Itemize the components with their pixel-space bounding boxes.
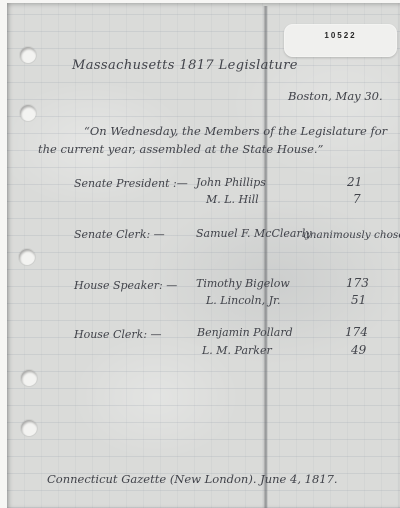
page-title: Massachusetts 1817 Legislature — [72, 59, 298, 72]
candidate-name: M. L. Hill — [206, 194, 259, 205]
candidate-name: Samuel F. McClearly — [196, 228, 311, 239]
entry-note: unanimously chosen — [303, 230, 400, 241]
punch-hole — [21, 420, 37, 436]
page-crease-line — [263, 6, 268, 508]
punch-hole — [19, 249, 35, 265]
candidate-votes: 51 — [351, 294, 366, 306]
candidate-votes: 174 — [345, 326, 368, 338]
entry-label-house-speaker: House Speaker: — — [74, 280, 177, 291]
punch-hole — [21, 370, 37, 386]
candidate-name: John Phillips — [196, 177, 266, 188]
candidate-votes: 21 — [347, 176, 362, 188]
ruled-paper: 10522 Massachusetts 1817 Legislature Bos… — [7, 3, 400, 508]
dateline: Boston, May 30. — [288, 91, 383, 103]
candidate-name: Benjamin Pollard — [197, 327, 293, 338]
candidate-votes: 173 — [346, 277, 369, 289]
candidate-votes: 49 — [351, 344, 366, 356]
catalog-number-sticker: 10522 — [284, 24, 397, 57]
source-citation: Connecticut Gazette (New London). June 4… — [47, 474, 338, 486]
punch-hole — [20, 47, 36, 63]
punch-hole — [20, 105, 36, 121]
body-text-line-1: “On Wednesday, the Members of the Legisl… — [84, 126, 387, 138]
candidate-name: L. Lincoln, Jr. — [206, 295, 281, 306]
entry-label-house-clerk: House Clerk: — — [74, 329, 162, 340]
candidate-votes: 7 — [353, 193, 361, 205]
scanned-document-page: 10522 Massachusetts 1817 Legislature Bos… — [0, 0, 400, 508]
entry-label-senate-president: Senate President :— — [74, 178, 188, 189]
candidate-name: Timothy Bigelow — [196, 278, 290, 289]
catalog-number: 10522 — [284, 31, 397, 40]
entry-label-senate-clerk: Senate Clerk: — — [74, 229, 165, 240]
body-text-line-2: the current year, assembled at the State… — [38, 144, 323, 156]
candidate-name: L. M. Parker — [202, 345, 272, 356]
